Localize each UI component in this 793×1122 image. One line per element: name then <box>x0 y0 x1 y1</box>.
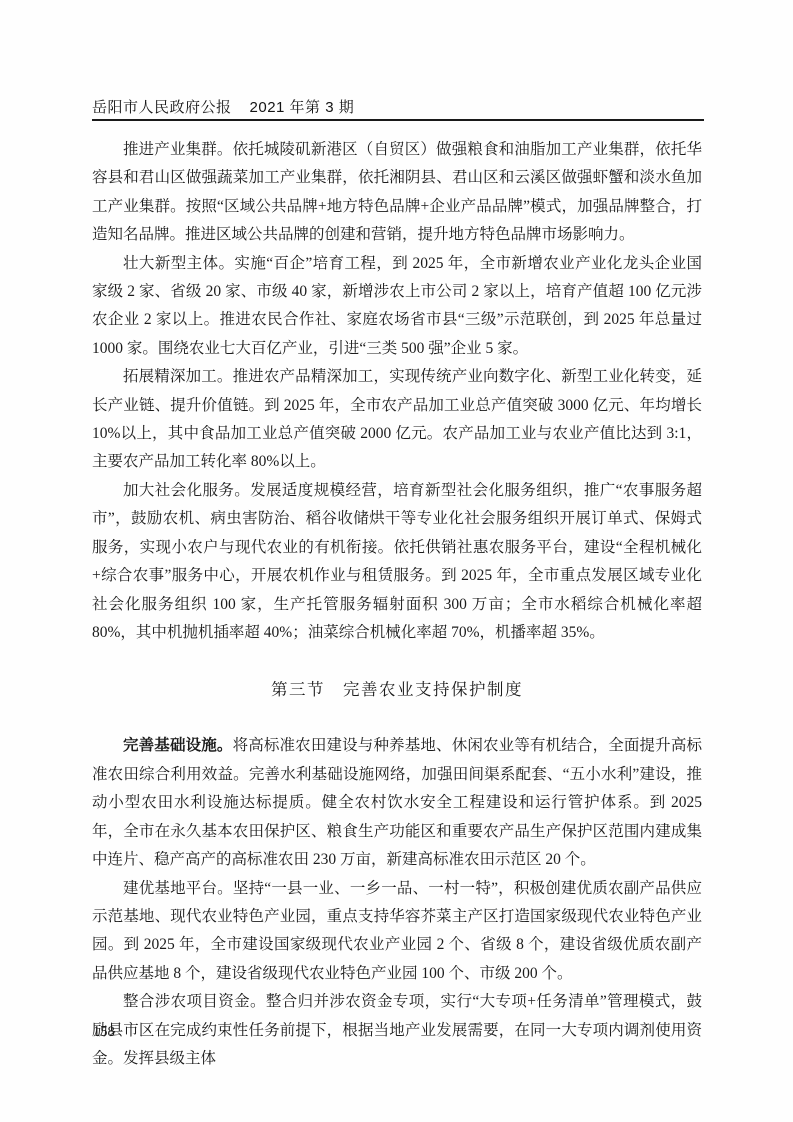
paragraph-socialized-services: 加大社会化服务。发展适度规模经营，培育新型社会化服务组织，推广“农事服务超市”，… <box>92 477 702 647</box>
page-header: 岳阳市人民政府公报2021 年第 3 期 <box>92 96 704 117</box>
paragraph-text: 建优基地平台。坚持“一县一业、一乡一品、一村一特”，积极创建优质农副产品供应示范… <box>92 880 702 982</box>
paragraph-text: 拓展精深加工。推进农产品精深加工，实现传统产业向数字化、新型工业化转变，延长产业… <box>92 368 702 470</box>
paragraph-fund-integration: 整合涉农项目资金。整合归并涉农资金专项，实行“大专项+任务清单”管理模式，鼓励县… <box>92 988 702 1073</box>
issue-label: 2021 年第 3 期 <box>250 99 355 116</box>
paragraph-infrastructure: 完善基础设施。将高标准农田建设与种养基地、休闲农业等有机结合，全面提升高标准农田… <box>92 732 702 874</box>
paragraph-text: 推进产业集群。依托城陵矶新港区（自贸区）做强粮食和油脂加工产业集群，依托华容县和… <box>92 141 702 243</box>
paragraph-industry-clusters: 推进产业集群。依托城陵矶新港区（自贸区）做强粮食和油脂加工产业集群，依托华容县和… <box>92 136 702 250</box>
header-rule <box>92 119 704 121</box>
section-heading: 第三节 完善农业支持保护制度 <box>92 676 702 704</box>
paragraph-text: 将高标准农田建设与种养基地、休闲农业等有机结合，全面提升高标准农田综合利用效益。… <box>92 737 702 868</box>
paragraph-deep-processing: 拓展精深加工。推进农产品精深加工，实现传统产业向数字化、新型工业化转变，延长产业… <box>92 363 702 477</box>
paragraph-text: 壮大新型主体。实施“百企”培育工程，到 2025 年，全市新增农业产业化龙头企业… <box>92 255 702 357</box>
paragraph-bold-lead: 完善基础设施。 <box>123 737 233 754</box>
document-body: 推进产业集群。依托城陵矶新港区（自贸区）做强粮食和油脂加工产业集群，依托华容县和… <box>92 136 702 1073</box>
paragraph-text: 加大社会化服务。发展适度规模经营，培育新型社会化服务组织，推广“农事服务超市”，… <box>92 482 702 641</box>
gazette-title: 岳阳市人民政府公报 <box>92 99 232 116</box>
paragraph-text: 整合涉农项目资金。整合归并涉农资金专项，实行“大专项+任务清单”管理模式，鼓励县… <box>92 993 702 1067</box>
page-number: 158 <box>93 1024 115 1041</box>
document-page: 岳阳市人民政府公报2021 年第 3 期 推进产业集群。依托城陵矶新港区（自贸区… <box>0 0 793 1122</box>
paragraph-base-platforms: 建优基地平台。坚持“一县一业、一乡一品、一村一特”，积极创建优质农副产品供应示范… <box>92 875 702 989</box>
paragraph-new-entities: 壮大新型主体。实施“百企”培育工程，到 2025 年，全市新增农业产业化龙头企业… <box>92 250 702 364</box>
